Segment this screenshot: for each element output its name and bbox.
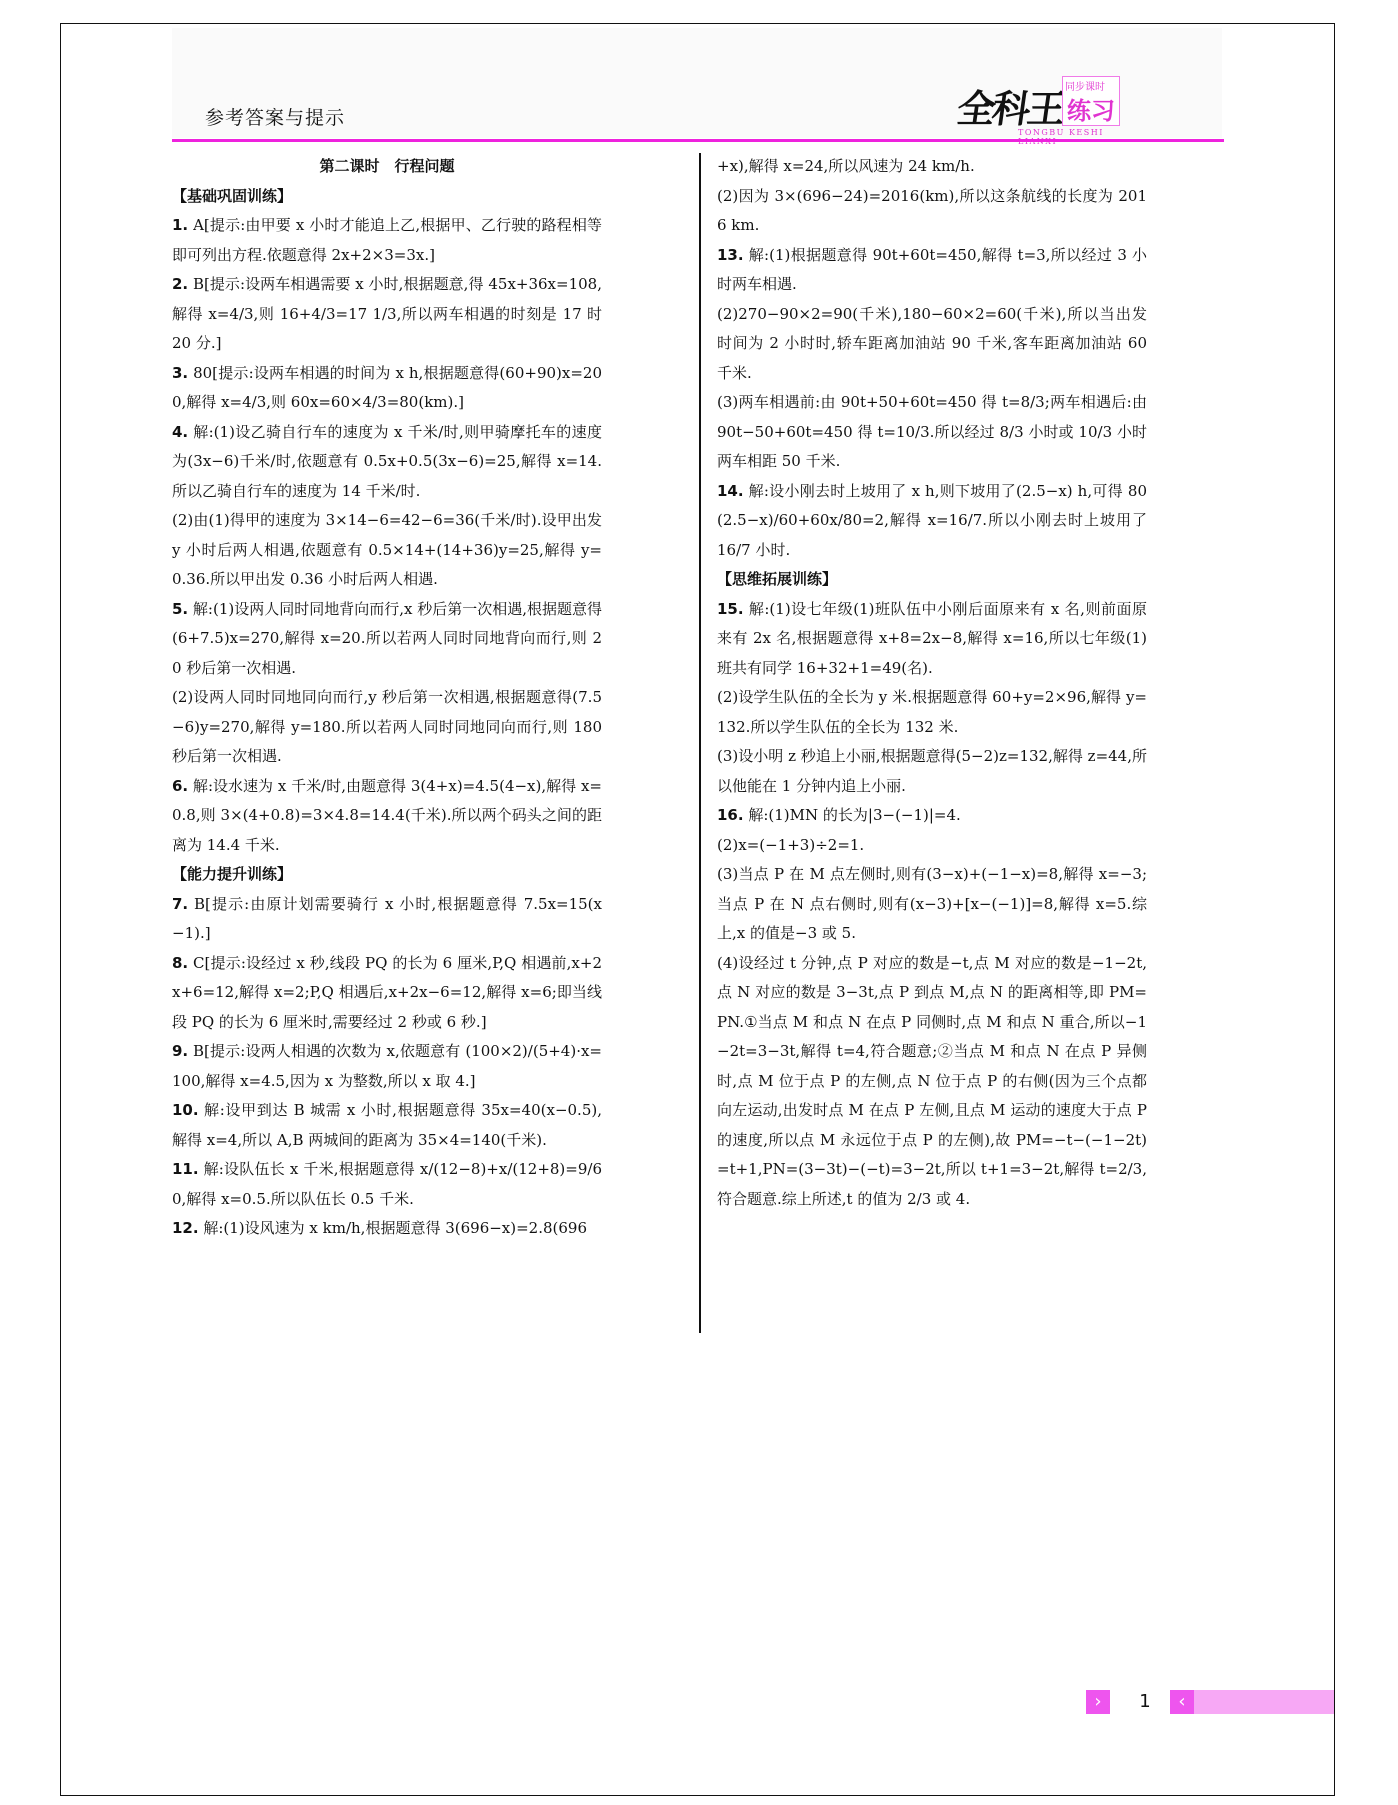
answer-paragraph: 1. A[提示:由甲要 x 小时才能追上乙,根据甲、乙行驶的路程相等即可列出方程… [172, 211, 602, 270]
answer-text: B[提示:设两人相遇的次数为 x,依题意有 (100×2)/(5+4)·x=10… [172, 1042, 602, 1090]
answer-paragraph: 4. 解:(1)设乙骑自行车的速度为 x 千米/时,则甲骑摩托车的速度为(3x−… [172, 418, 602, 507]
answer-text: (2)由(1)得甲的速度为 3×14−6=42−6=36(千米/时).设甲出发 … [172, 511, 602, 588]
answer-text: (3)两车相遇前:由 90t+50+60t=450 得 t=8/3;两车相遇后:… [717, 393, 1147, 470]
answer-text: B[提示:设两车相遇需要 x 小时,根据题意,得 45x+36x=108,解得 … [172, 275, 602, 352]
answer-text: (2)x=(−1+3)÷2=1. [717, 836, 864, 854]
question-number: 3. [172, 364, 188, 382]
answer-paragraph: (2)设两人同时同地同向而行,y 秒后第一次相遇,根据题意得(7.5−6)y=2… [172, 683, 602, 772]
answer-paragraph: (4)设经过 t 分钟,点 P 对应的数是−t,点 M 对应的数是−1−2t,点… [717, 949, 1147, 1215]
answer-text: 解:设小刚去时上坡用了 x h,则下坡用了(2.5−x) h,可得 80(2.5… [717, 482, 1147, 559]
answer-paragraph: (3)当点 P 在 M 点左侧时,则有(3−x)+(−1−x)=8,解得 x=−… [717, 860, 1147, 949]
answer-paragraph: 3. 80[提示:设两车相遇的时间为 x h,根据题意得(60+90)x=200… [172, 359, 602, 418]
logo-badge: 同步课时 练习 [1062, 76, 1120, 126]
header-rule [172, 139, 1224, 142]
question-number: 10. [172, 1101, 199, 1119]
logo-badge-bottom: 练习 [1067, 91, 1115, 126]
answer-text: (3)当点 P 在 M 点左侧时,则有(3−x)+(−1−x)=8,解得 x=−… [717, 865, 1147, 942]
section-heading: 【基础巩固训练】 [172, 182, 602, 212]
page-number: 1 [1135, 1690, 1155, 1714]
question-number: 6. [172, 777, 188, 795]
question-number: 14. [717, 482, 744, 500]
answer-paragraph: (2)x=(−1+3)÷2=1. [717, 831, 1147, 861]
answer-text: (2)因为 3×(696−24)=2016(km),所以这条航线的长度为 201… [717, 187, 1147, 235]
answer-text: 解:(1)MN 的长为|3−(−1)|=4. [744, 806, 961, 824]
answer-paragraph: (2)270−90×2=90(千米),180−60×2=60(千米),所以当出发… [717, 300, 1147, 389]
question-number: 11. [172, 1160, 199, 1178]
answer-paragraph: 2. B[提示:设两车相遇需要 x 小时,根据题意,得 45x+36x=108,… [172, 270, 602, 359]
left-column: 第二课时 行程问题 【基础巩固训练】1. A[提示:由甲要 x 小时才能追上乙,… [172, 152, 602, 1244]
answer-text: (2)270−90×2=90(千米),180−60×2=60(千米),所以当出发… [717, 305, 1147, 382]
answer-paragraph: 12. 解:(1)设风速为 x km/h,根据题意得 3(696−x)=2.8(… [172, 1214, 602, 1244]
answer-text: 解:(1)设风速为 x km/h,根据题意得 3(696−x)=2.8(696 [199, 1219, 587, 1237]
answer-paragraph: 7. B[提示:由原计划需要骑行 x 小时,根据题意得 7.5x=15(x−1)… [172, 890, 602, 949]
lesson-title: 第二课时 行程问题 [172, 152, 602, 182]
answer-paragraph: 5. 解:(1)设两人同时同地背向而行,x 秒后第一次相遇,根据题意得(6+7.… [172, 595, 602, 684]
answer-text: 解:(1)设七年级(1)班队伍中小刚后面原来有 x 名,则前面原来有 2x 名,… [717, 600, 1147, 677]
answer-paragraph: (2)由(1)得甲的速度为 3×14−6=42−6=36(千米/时).设甲出发 … [172, 506, 602, 595]
answer-text: A[提示:由甲要 x 小时才能追上乙,根据甲、乙行驶的路程相等即可列出方程.依题… [172, 216, 602, 264]
answer-paragraph: 6. 解:设水速为 x 千米/时,由题意得 3(4+x)=4.5(4−x),解得… [172, 772, 602, 861]
section-heading: 【思维拓展训练】 [717, 565, 1147, 595]
answer-text: (2)设学生队伍的全长为 y 米.根据题意得 60+y=2×96,解得 y=13… [717, 688, 1147, 736]
logo-subtitle: TONGBU KESHI LIANXI [1018, 128, 1128, 146]
footer-accent-bar [1194, 1690, 1334, 1714]
answer-text: (2)设两人同时同地同向而行,y 秒后第一次相遇,根据题意得(7.5−6)y=2… [172, 688, 602, 765]
logo-main-text: 全科王 [954, 78, 1067, 133]
question-number: 8. [172, 954, 188, 972]
answer-paragraph: 15. 解:(1)设七年级(1)班队伍中小刚后面原来有 x 名,则前面原来有 2… [717, 595, 1147, 684]
next-page-icon[interactable]: › [1086, 1690, 1110, 1714]
answer-paragraph: 16. 解:(1)MN 的长为|3−(−1)|=4. [717, 801, 1147, 831]
answer-paragraph: (3)两车相遇前:由 90t+50+60t=450 得 t=8/3;两车相遇后:… [717, 388, 1147, 477]
right-column: +x),解得 x=24,所以风速为 24 km/h.(2)因为 3×(696−2… [717, 152, 1147, 1214]
question-number: 7. [172, 895, 188, 913]
answer-paragraph: 8. C[提示:设经过 x 秒,线段 PQ 的长为 6 厘米,P,Q 相遇前,x… [172, 949, 602, 1038]
section-heading: 【能力提升训练】 [172, 860, 602, 890]
answer-text: 80[提示:设两车相遇的时间为 x h,根据题意得(60+90)x=200,解得… [172, 364, 602, 412]
answer-paragraph: (2)设学生队伍的全长为 y 米.根据题意得 60+y=2×96,解得 y=13… [717, 683, 1147, 742]
answer-text: (4)设经过 t 分钟,点 P 对应的数是−t,点 M 对应的数是−1−2t,点… [717, 954, 1147, 1208]
question-number: 15. [717, 600, 744, 618]
question-number: 2. [172, 275, 188, 293]
answer-text: 解:(1)根据题意得 90t+60t=450,解得 t=3,所以经过 3 小时两… [717, 246, 1147, 294]
question-number: 9. [172, 1042, 188, 1060]
answer-text: +x),解得 x=24,所以风速为 24 km/h. [717, 157, 975, 175]
question-number: 5. [172, 600, 188, 618]
question-number: 4. [172, 423, 188, 441]
answer-text: 解:设队伍长 x 千米,根据题意得 x/(12−8)+x/(12+8)=9/60… [172, 1160, 602, 1208]
question-number: 16. [717, 806, 744, 824]
answer-text: 解:设水速为 x 千米/时,由题意得 3(4+x)=4.5(4−x),解得 x=… [172, 777, 602, 854]
answer-text: 解:设甲到达 B 城需 x 小时,根据题意得 35x=40(x−0.5),解得 … [172, 1101, 602, 1149]
answer-text: B[提示:由原计划需要骑行 x 小时,根据题意得 7.5x=15(x−1).] [172, 895, 602, 943]
question-number: 12. [172, 1219, 199, 1237]
answer-text: 解:(1)设乙骑自行车的速度为 x 千米/时,则甲骑摩托车的速度为(3x−6)千… [172, 423, 602, 500]
answer-text: C[提示:设经过 x 秒,线段 PQ 的长为 6 厘米,P,Q 相遇前,x+2x… [172, 954, 602, 1031]
prev-page-icon[interactable]: ‹ [1170, 1690, 1194, 1714]
answer-paragraph: 14. 解:设小刚去时上坡用了 x h,则下坡用了(2.5−x) h,可得 80… [717, 477, 1147, 566]
column-divider [699, 153, 701, 1333]
answer-paragraph: 9. B[提示:设两人相遇的次数为 x,依题意有 (100×2)/(5+4)·x… [172, 1037, 602, 1096]
answer-paragraph: (2)因为 3×(696−24)=2016(km),所以这条航线的长度为 201… [717, 182, 1147, 241]
question-number: 1. [172, 216, 188, 234]
answer-paragraph: (3)设小明 z 秒追上小丽,根据题意得(5−2)z=132,解得 z=44,所… [717, 742, 1147, 801]
answer-paragraph: 11. 解:设队伍长 x 千米,根据题意得 x/(12−8)+x/(12+8)=… [172, 1155, 602, 1214]
answer-paragraph: 13. 解:(1)根据题意得 90t+60t=450,解得 t=3,所以经过 3… [717, 241, 1147, 300]
question-number: 13. [717, 246, 744, 264]
answer-paragraph: +x),解得 x=24,所以风速为 24 km/h. [717, 152, 1147, 182]
answer-text: (3)设小明 z 秒追上小丽,根据题意得(5−2)z=132,解得 z=44,所… [717, 747, 1147, 795]
running-header-title: 参考答案与提示 [205, 103, 345, 130]
answer-paragraph: 10. 解:设甲到达 B 城需 x 小时,根据题意得 35x=40(x−0.5)… [172, 1096, 602, 1155]
brand-logo: 全科王 同步课时 练习 TONGBU KESHI LIANXI [958, 70, 1128, 140]
answer-text: 解:(1)设两人同时同地背向而行,x 秒后第一次相遇,根据题意得(6+7.5)x… [172, 600, 602, 677]
